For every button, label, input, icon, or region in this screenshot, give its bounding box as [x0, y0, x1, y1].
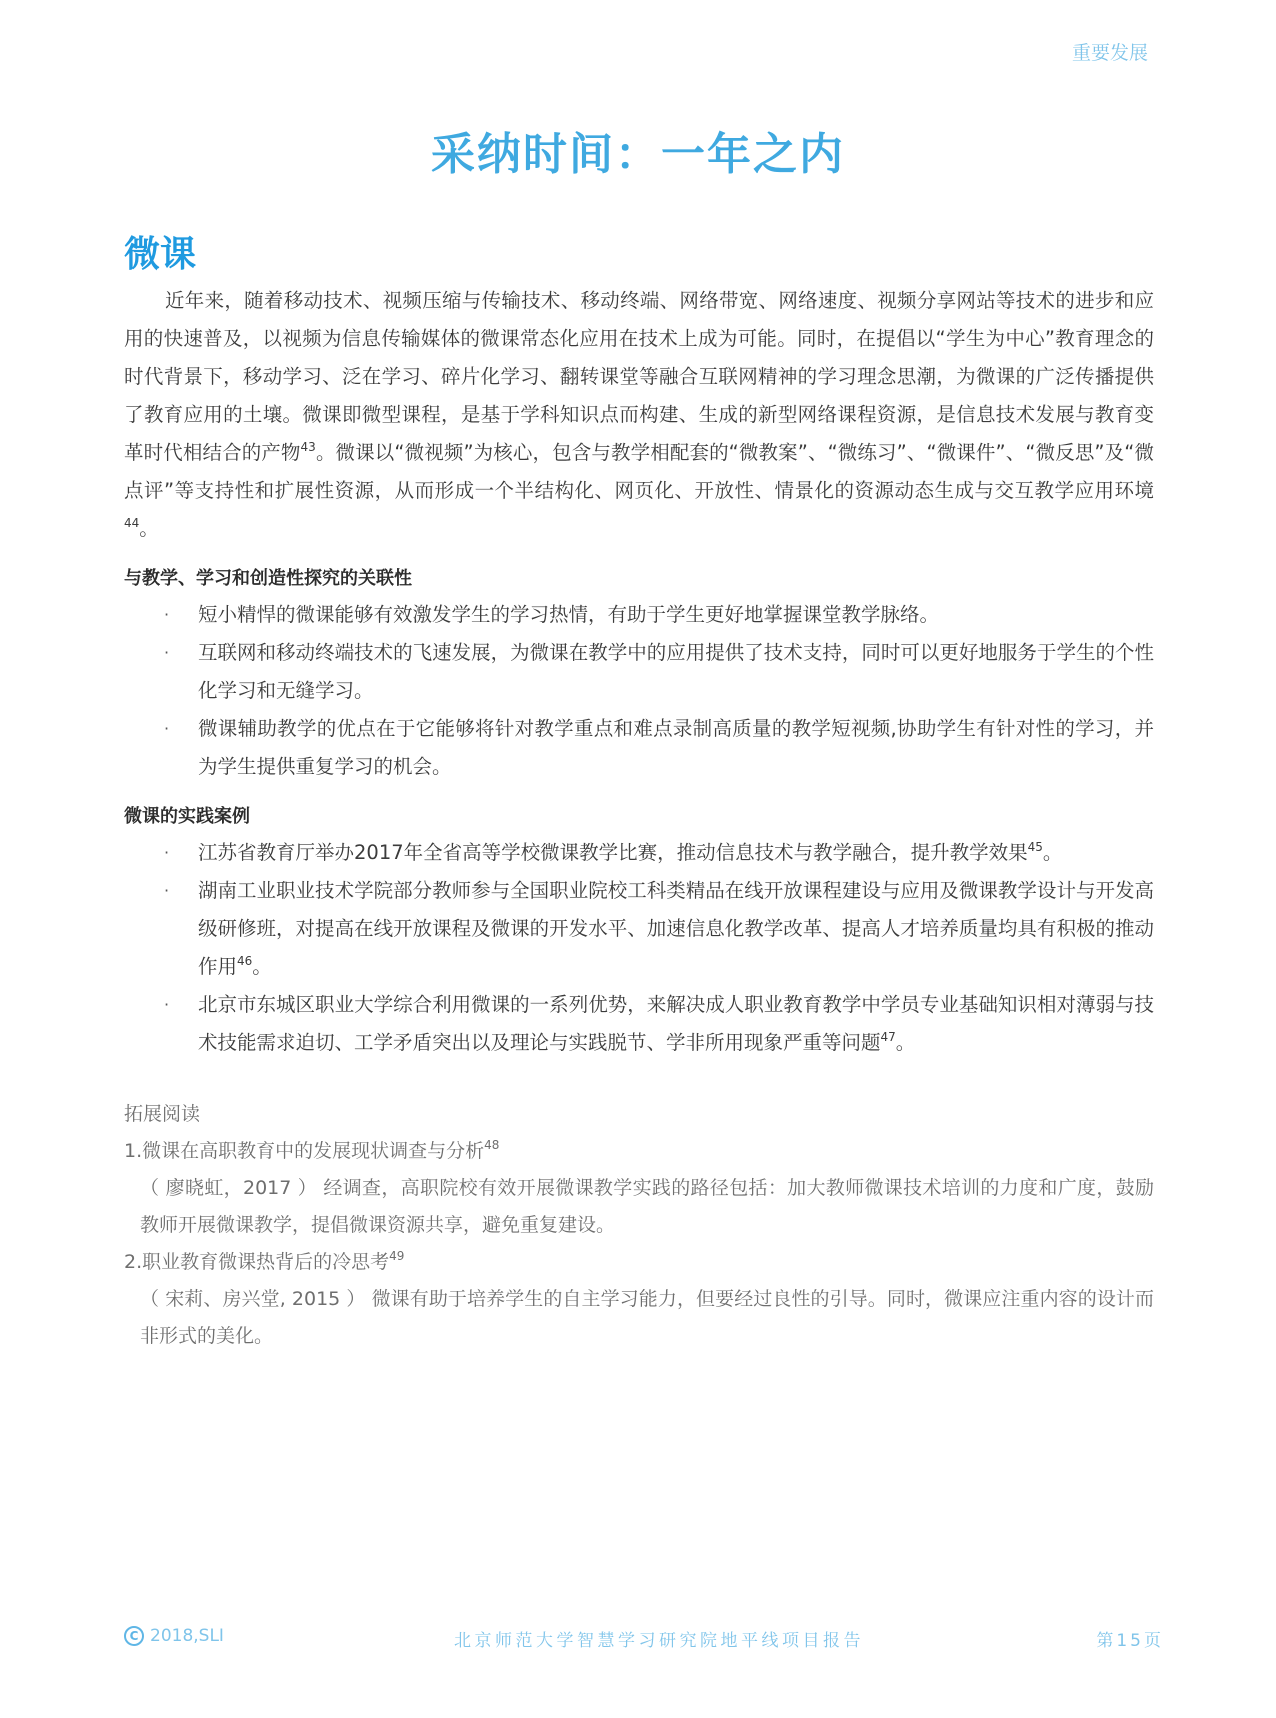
footnote-ref[interactable]: 47 — [881, 1030, 896, 1044]
intro-paragraph: 近年来，随着移动技术、视频压缩与传输技术、移动终端、网络带宽、网络速度、视频分享… — [124, 282, 1154, 548]
main-content: 近年来，随着移动技术、视频压缩与传输技术、移动终端、网络带宽、网络速度、视频分享… — [124, 282, 1154, 1062]
cases-heading: 微课的实践案例 — [124, 800, 1154, 834]
list-item-tail: 。 — [252, 955, 272, 978]
list-item: · 互联网和移动终端技术的飞速发展，为微课在教学中的应用提供了技术支持，同时可以… — [124, 634, 1154, 710]
bullet-icon: · — [164, 834, 169, 872]
relevance-list: · 短小精悍的微课能够有效激发学生的学习热情，有助于学生更好地掌握课堂教学脉络。… — [124, 596, 1154, 786]
list-item: · 江苏省教育厅举办2017年全省高等学校微课教学比赛，推动信息技术与教学融合，… — [124, 834, 1154, 872]
list-item-text: 北京市东城区职业大学综合利用微课的一系列优势，来解决成人职业教育教学中学员专业基… — [198, 993, 1154, 1054]
footnote-ref[interactable]: 48 — [484, 1138, 499, 1152]
section-heading: 微课 — [124, 226, 196, 277]
reading-item-title: 2.职业教育微课热背后的冷思考49 — [124, 1244, 1154, 1281]
header-section-label: 重要发展 — [1072, 38, 1148, 65]
page-number: 第15页 — [1096, 1626, 1164, 1651]
list-item: · 短小精悍的微课能够有效激发学生的学习热情，有助于学生更好地掌握课堂教学脉络。 — [124, 596, 1154, 634]
list-item-text: 江苏省教育厅举办2017年全省高等学校微课教学比赛，推动信息技术与教学融合，提升… — [198, 841, 1028, 864]
page-footer: C 2018,SLI 北京师范大学智慧学习研究院地平线项目报告 第15页 — [124, 1626, 1164, 1656]
reading-item-description: （ 廖晓虹，2017 ） 经调查，高职院校有效开展微课教学实践的路径包括：加大教… — [124, 1170, 1154, 1244]
bullet-icon: · — [164, 872, 169, 910]
page-title: 采纳时间：一年之内 — [0, 118, 1276, 182]
bullet-icon: · — [164, 986, 169, 1024]
footnote-ref[interactable]: 46 — [237, 954, 252, 968]
cases-list: · 江苏省教育厅举办2017年全省高等学校微课教学比赛，推动信息技术与教学融合，… — [124, 834, 1154, 1062]
footnote-ref[interactable]: 44 — [124, 516, 139, 530]
footnote-ref[interactable]: 49 — [389, 1249, 404, 1263]
reading-item-title: 1.微课在高职教育中的发展现状调查与分析48 — [124, 1133, 1154, 1170]
further-reading-title: 拓展阅读 — [124, 1096, 1154, 1133]
report-name: 北京师范大学智慧学习研究院地平线项目报告 — [454, 1626, 864, 1651]
footnote-ref[interactable]: 45 — [1028, 840, 1043, 854]
list-item-text: 微课辅助教学的优点在于它能够将针对教学重点和难点录制高质量的教学短视频,协助学生… — [198, 717, 1154, 778]
further-reading: 拓展阅读 1.微课在高职教育中的发展现状调查与分析48 （ 廖晓虹，2017 ）… — [124, 1096, 1154, 1355]
copyright-text: 2018,SLI — [150, 1626, 224, 1646]
list-item-tail: 。 — [1043, 841, 1063, 864]
list-item-text: 短小精悍的微课能够有效激发学生的学习热情，有助于学生更好地掌握课堂教学脉络。 — [198, 603, 939, 626]
footnote-ref[interactable]: 43 — [301, 440, 316, 454]
reading-item-title-text: 1.微课在高职教育中的发展现状调查与分析 — [124, 1140, 484, 1162]
list-item-text: 互联网和移动终端技术的飞速发展，为微课在教学中的应用提供了技术支持，同时可以更好… — [198, 641, 1154, 702]
bullet-icon: · — [164, 710, 169, 748]
list-item-tail: 。 — [896, 1031, 916, 1054]
relevance-heading: 与教学、学习和创造性探究的关联性 — [124, 562, 1154, 596]
intro-text-part3: 。 — [139, 517, 159, 540]
reading-item-title-text: 2.职业教育微课热背后的冷思考 — [124, 1251, 389, 1273]
list-item: · 微课辅助教学的优点在于它能够将针对教学重点和难点录制高质量的教学短视频,协助… — [124, 710, 1154, 786]
copyright-icon: C — [124, 1626, 144, 1646]
list-item-text: 湖南工业职业技术学院部分教师参与全国职业院校工科类精品在线开放课程建设与应用及微… — [198, 879, 1154, 978]
intro-text-part1: 近年来，随着移动技术、视频压缩与传输技术、移动终端、网络带宽、网络速度、视频分享… — [124, 289, 1154, 464]
bullet-icon: · — [164, 634, 169, 672]
list-item: · 北京市东城区职业大学综合利用微课的一系列优势，来解决成人职业教育教学中学员专… — [124, 986, 1154, 1062]
copyright: C 2018,SLI — [124, 1626, 224, 1646]
bullet-icon: · — [164, 596, 169, 634]
reading-item-description: （ 宋莉、房兴堂, 2015 ） 微课有助于培养学生的自主学习能力，但要经过良性… — [124, 1281, 1154, 1355]
list-item: · 湖南工业职业技术学院部分教师参与全国职业院校工科类精品在线开放课程建设与应用… — [124, 872, 1154, 986]
